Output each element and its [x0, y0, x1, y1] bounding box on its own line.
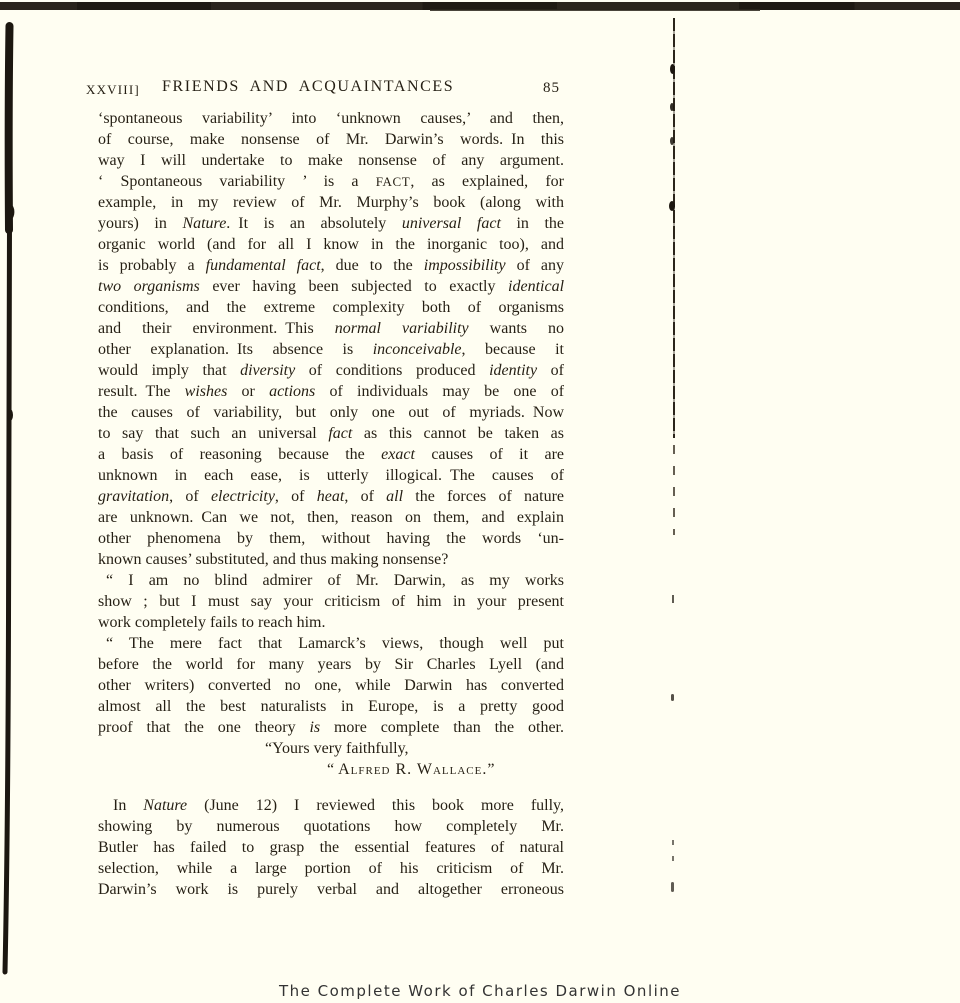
- text-line: work completely fails to reach him.: [98, 612, 564, 633]
- scan-artifact-gutter-line: [673, 18, 675, 438]
- scan-speck: [670, 64, 675, 74]
- text-line: “ Alfred R. Wallace.”: [98, 759, 564, 780]
- scan-speck: [669, 201, 675, 211]
- text-line: unknown in each ease, is utterly illogic…: [98, 465, 564, 486]
- scanned-book-page: XXVIII] FRIENDS AND ACQUAINTANCES 85 ‘sp…: [0, 0, 960, 1003]
- text-line: before the world for many years by Sir C…: [98, 654, 564, 675]
- text-line: a basis of reasoning because the exact c…: [98, 444, 564, 465]
- page-number: 85: [543, 80, 560, 97]
- text-line: showing by numerous quotations how compl…: [98, 816, 564, 837]
- text-line: and their environment. This normal varia…: [98, 318, 564, 339]
- text-line: “Yours very faithfully,: [98, 738, 564, 759]
- text-line: way I will undertake to make nonsense of…: [98, 150, 564, 171]
- text-line: to say that such an universal fact as th…: [98, 423, 564, 444]
- text-line: gravitation, of electricity, of heat, of…: [98, 486, 564, 507]
- text-line: known causes’ substituted, and thus maki…: [98, 549, 564, 570]
- text-line: ‘spontaneous variability’ into ‘unknown …: [98, 108, 564, 129]
- text-line: result. The wishes or actions of individ…: [98, 381, 564, 402]
- text-line: other writers) converted no one, while D…: [98, 675, 564, 696]
- scan-speck: [670, 137, 674, 145]
- text-line: the causes of variability, but only one …: [98, 402, 564, 423]
- scan-artifact-top-edge-fragment: [430, 9, 760, 11]
- text-line: ‘ Spontaneous variability ’ is a FACT, a…: [98, 171, 564, 192]
- paragraph-gap: [98, 780, 564, 795]
- text-line: other explanation. Its absence is inconc…: [98, 339, 564, 360]
- scan-artifact-left-edge: [0, 0, 24, 990]
- text-line: would imply that diversity of conditions…: [98, 360, 564, 381]
- text-line: other phenomena by them, without having …: [98, 528, 564, 549]
- scan-speck: [672, 595, 674, 603]
- scan-artifact-gutter-line-broken: [673, 445, 675, 535]
- site-caption: The Complete Work of Charles Darwin Onli…: [0, 982, 960, 1000]
- text-line: In Nature (June 12) I reviewed this book…: [98, 795, 564, 816]
- scan-speck: [671, 694, 674, 701]
- page-text-column: ‘spontaneous variability’ into ‘unknown …: [98, 108, 564, 900]
- text-line: “ I am no blind admirer of Mr. Darwin, a…: [98, 570, 564, 591]
- scan-speck: [670, 103, 674, 111]
- text-line: of course, make nonsense of Mr. Darwin’s…: [98, 129, 564, 150]
- text-line: are unknown. Can we not, then, reason on…: [98, 507, 564, 528]
- scan-speck: [672, 856, 674, 861]
- text-line: proof that the one theory is more comple…: [98, 717, 564, 738]
- text-line: organic world (and for all I know in the…: [98, 234, 564, 255]
- text-line: Darwin’s work is purely verbal and altog…: [98, 879, 564, 900]
- text-line: almost all the best naturalists in Europ…: [98, 696, 564, 717]
- scan-speck: [672, 840, 674, 845]
- text-line: selection, while a large portion of his …: [98, 858, 564, 879]
- text-line: is probably a fundamental fact, due to t…: [98, 255, 564, 276]
- scan-speck: [671, 882, 674, 892]
- text-line: conditions, and the extreme complexity b…: [98, 297, 564, 318]
- running-title: FRIENDS AND ACQUAINTANCES: [162, 78, 454, 96]
- text-line: show ; but I must say your criticism of …: [98, 591, 564, 612]
- text-line: yours) in Nature. It is an absolutely un…: [98, 213, 564, 234]
- text-line: example, in my review of Mr. Murphy’s bo…: [98, 192, 564, 213]
- chapter-number: XXVIII]: [86, 82, 140, 98]
- text-line: Butler has failed to grasp the essential…: [98, 837, 564, 858]
- text-line: two organisms ever having been subjected…: [98, 276, 564, 297]
- page-header: XXVIII] FRIENDS AND ACQUAINTANCES 85: [98, 78, 564, 100]
- text-line: “ The mere fact that Lamarck’s views, th…: [98, 633, 564, 654]
